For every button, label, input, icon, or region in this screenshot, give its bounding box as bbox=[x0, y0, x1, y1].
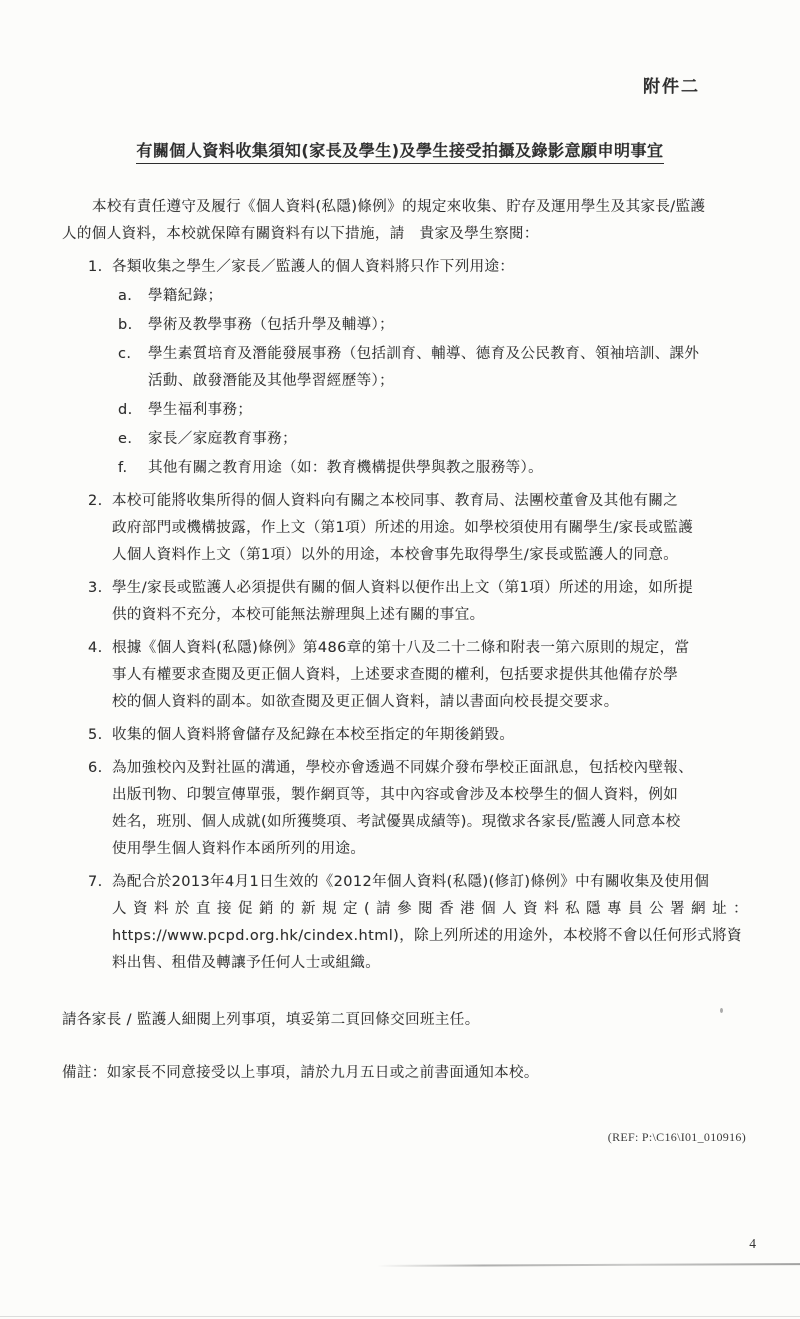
item-number: 4. bbox=[88, 635, 103, 662]
text-line: 學生福利事務； bbox=[148, 397, 764, 424]
text-line: 為配合於2013年4月1日生效的《2012年個人資料(私隱)(修訂)條例》中有關… bbox=[112, 869, 764, 896]
text-line: 供的資料不充分，本校可能無法辦理與上述有關的事宜。 bbox=[112, 602, 764, 629]
lettered-item: c.學生素質培育及潛能發展事務（包括訓育、輔導、德育及公民教育、領袖培訓、課外活… bbox=[112, 341, 764, 395]
numbered-item: 3.學生/家長或監護人必須提供有關的個人資料以便作出上文（第1項）所述的用途，如… bbox=[62, 575, 764, 629]
numbered-item: 5.收集的個人資料將會儲存及紀錄在本校至指定的年期後銷毀。 bbox=[62, 722, 764, 749]
text-line: 學生素質培育及潛能發展事務（包括訓育、輔導、德育及公民教育、領袖培訓、課外 bbox=[148, 341, 764, 368]
numbered-item: 4.根據《個人資料(私隱)條例》第486章的第十八及二十二條和附表一第六原則的規… bbox=[62, 635, 764, 716]
item-number: 7. bbox=[88, 869, 103, 896]
reference-code: (REF: P:\C16\I01_010916) bbox=[608, 1130, 746, 1145]
text-line: 使用學生個人資料作本函所列的用途。 bbox=[112, 836, 764, 863]
item-number: 2. bbox=[88, 488, 103, 515]
scan-speck bbox=[720, 1008, 723, 1013]
intro-paragraph: 本校有責任遵守及履行《個人資料(私隱)條例》的規定來收集、貯存及運用學生及其家長… bbox=[62, 194, 764, 248]
scan-edge-line bbox=[0, 1316, 800, 1317]
document-body: 本校有責任遵守及履行《個人資料(私隱)條例》的規定來收集、貯存及運用學生及其家長… bbox=[62, 194, 764, 1087]
item-number: 5. bbox=[88, 722, 103, 749]
text-line: 為加強校內及對社區的溝通，學校亦會透過不同媒介發布學校正面訊息，包括校內壁報、 bbox=[112, 755, 764, 782]
numbered-item: 7.為配合於2013年4月1日生效的《2012年個人資料(私隱)(修訂)條例》中… bbox=[62, 869, 764, 977]
text-line: 家長／家庭教育事務； bbox=[148, 426, 764, 453]
numbered-list: 1.各類收集之學生／家長／監護人的個人資料將只作下列用途：a.學籍紀錄；b.學術… bbox=[62, 254, 764, 977]
text-line: 根據《個人資料(私隱)條例》第486章的第十八及二十二條和附表一第六原則的規定，… bbox=[112, 635, 764, 662]
lettered-item: e.家長／家庭教育事務； bbox=[112, 426, 764, 453]
text-line: 收集的個人資料將會儲存及紀錄在本校至指定的年期後銷毀。 bbox=[112, 722, 764, 749]
text-line: 學籍紀錄； bbox=[148, 283, 764, 310]
closing-note: 請各家長 / 監護人細閱上列事項，填妥第二頁回條交回班主任。 bbox=[62, 1007, 764, 1034]
page-title: 有關個人資料收集須知(家長及學生)及學生接受拍攝及錄影意願申明事宜 bbox=[0, 138, 800, 161]
text-line: 其他有關之教育用途（如：教育機構提供學與教之服務等）。 bbox=[148, 455, 764, 482]
text-line: 各類收集之學生／家長／監護人的個人資料將只作下列用途： bbox=[112, 254, 764, 281]
text-line: 人資料於直接促銷的新規定(請參閱香港個人資料私隱專員公署網址： bbox=[112, 896, 764, 923]
text-line: 學生/家長或監護人必須提供有關的個人資料以便作出上文（第1項）所述的用途，如所提 bbox=[112, 575, 764, 602]
text-line: 本校可能將收集所得的個人資料向有關之本校同事、教育局、法團校董會及其他有關之 bbox=[112, 488, 764, 515]
text-line: 姓名，班別、個人成就(如所獲獎項、考試優異成績等)。現徵求各家長/監護人同意本校 bbox=[112, 809, 764, 836]
lettered-item: b.學術及教學事務（包括升學及輔導）； bbox=[112, 312, 764, 339]
item-number: 3. bbox=[88, 575, 103, 602]
item-letter: f. bbox=[118, 455, 127, 482]
lettered-item: f.其他有關之教育用途（如：教育機構提供學與教之服務等）。 bbox=[112, 455, 764, 482]
item-letter: d. bbox=[118, 397, 133, 424]
text-line: 校的個人資料的副本。如欲查閱及更正個人資料，請以書面向校長提交要求。 bbox=[112, 689, 764, 716]
text-line: 活動、啟發潛能及其他學習經歷等）； bbox=[148, 368, 764, 395]
remark-note: 備註：如家長不同意接受以上事項，請於九月五日或之前書面通知本校。 bbox=[62, 1060, 764, 1087]
numbered-item: 6.為加強校內及對社區的溝通，學校亦會透過不同媒介發布學校正面訊息，包括校內壁報… bbox=[62, 755, 764, 863]
text-line: 政府部門或機構披露，作上文（第1項）所述的用途。如學校須使用有關學生/家長或監護 bbox=[112, 515, 764, 542]
page-title-text: 有關個人資料收集須知(家長及學生)及學生接受拍攝及錄影意願申明事宜 bbox=[136, 141, 663, 164]
item-letter: b. bbox=[118, 312, 133, 339]
text-line: 人的個人資料，本校就保障有關資料有以下措施，請 貴家及學生察閱： bbox=[62, 221, 764, 248]
item-letter: c. bbox=[118, 341, 131, 368]
page-number: 4 bbox=[749, 1236, 756, 1252]
text-line: 事人有權要求查閱及更正個人資料，上述要求查閱的權利，包括要求提供其他備存於學 bbox=[112, 662, 764, 689]
item-number: 1. bbox=[88, 254, 103, 281]
numbered-item: 1.各類收集之學生／家長／監護人的個人資料將只作下列用途：a.學籍紀錄；b.學術… bbox=[62, 254, 764, 482]
text-line: 料出售、租借及轉讓予任何人士或組織。 bbox=[112, 950, 764, 977]
lettered-item: a.學籍紀錄； bbox=[112, 283, 764, 310]
text-line: 學術及教學事務（包括升學及輔導）； bbox=[148, 312, 764, 339]
numbered-item: 2.本校可能將收集所得的個人資料向有關之本校同事、教育局、法團校董會及其他有關之… bbox=[62, 488, 764, 569]
text-line: 本校有責任遵守及履行《個人資料(私隱)條例》的規定來收集、貯存及運用學生及其家長… bbox=[62, 194, 764, 221]
text-line: 人個人資料作上文（第1項）以外的用途，本校會事先取得學生/家長或監護人的同意。 bbox=[112, 542, 764, 569]
document-page: 附件二 有關個人資料收集須知(家長及學生)及學生接受拍攝及錄影意願申明事宜 本校… bbox=[0, 0, 800, 1319]
text-line: 出版刊物、印製宣傳單張，製作網頁等，其中內容或會涉及本校學生的個人資料，例如 bbox=[112, 782, 764, 809]
attachment-label: 附件二 bbox=[643, 72, 700, 97]
scan-artifact-line bbox=[377, 1263, 800, 1267]
item-letter: e. bbox=[118, 426, 132, 453]
text-line: https://www.pcpd.org.hk/cindex.html)，除上列… bbox=[112, 923, 764, 950]
item-number: 6. bbox=[88, 755, 103, 782]
lettered-sublist: a.學籍紀錄；b.學術及教學事務（包括升學及輔導）；c.學生素質培育及潛能發展事… bbox=[112, 283, 764, 482]
item-letter: a. bbox=[118, 283, 132, 310]
lettered-item: d.學生福利事務； bbox=[112, 397, 764, 424]
